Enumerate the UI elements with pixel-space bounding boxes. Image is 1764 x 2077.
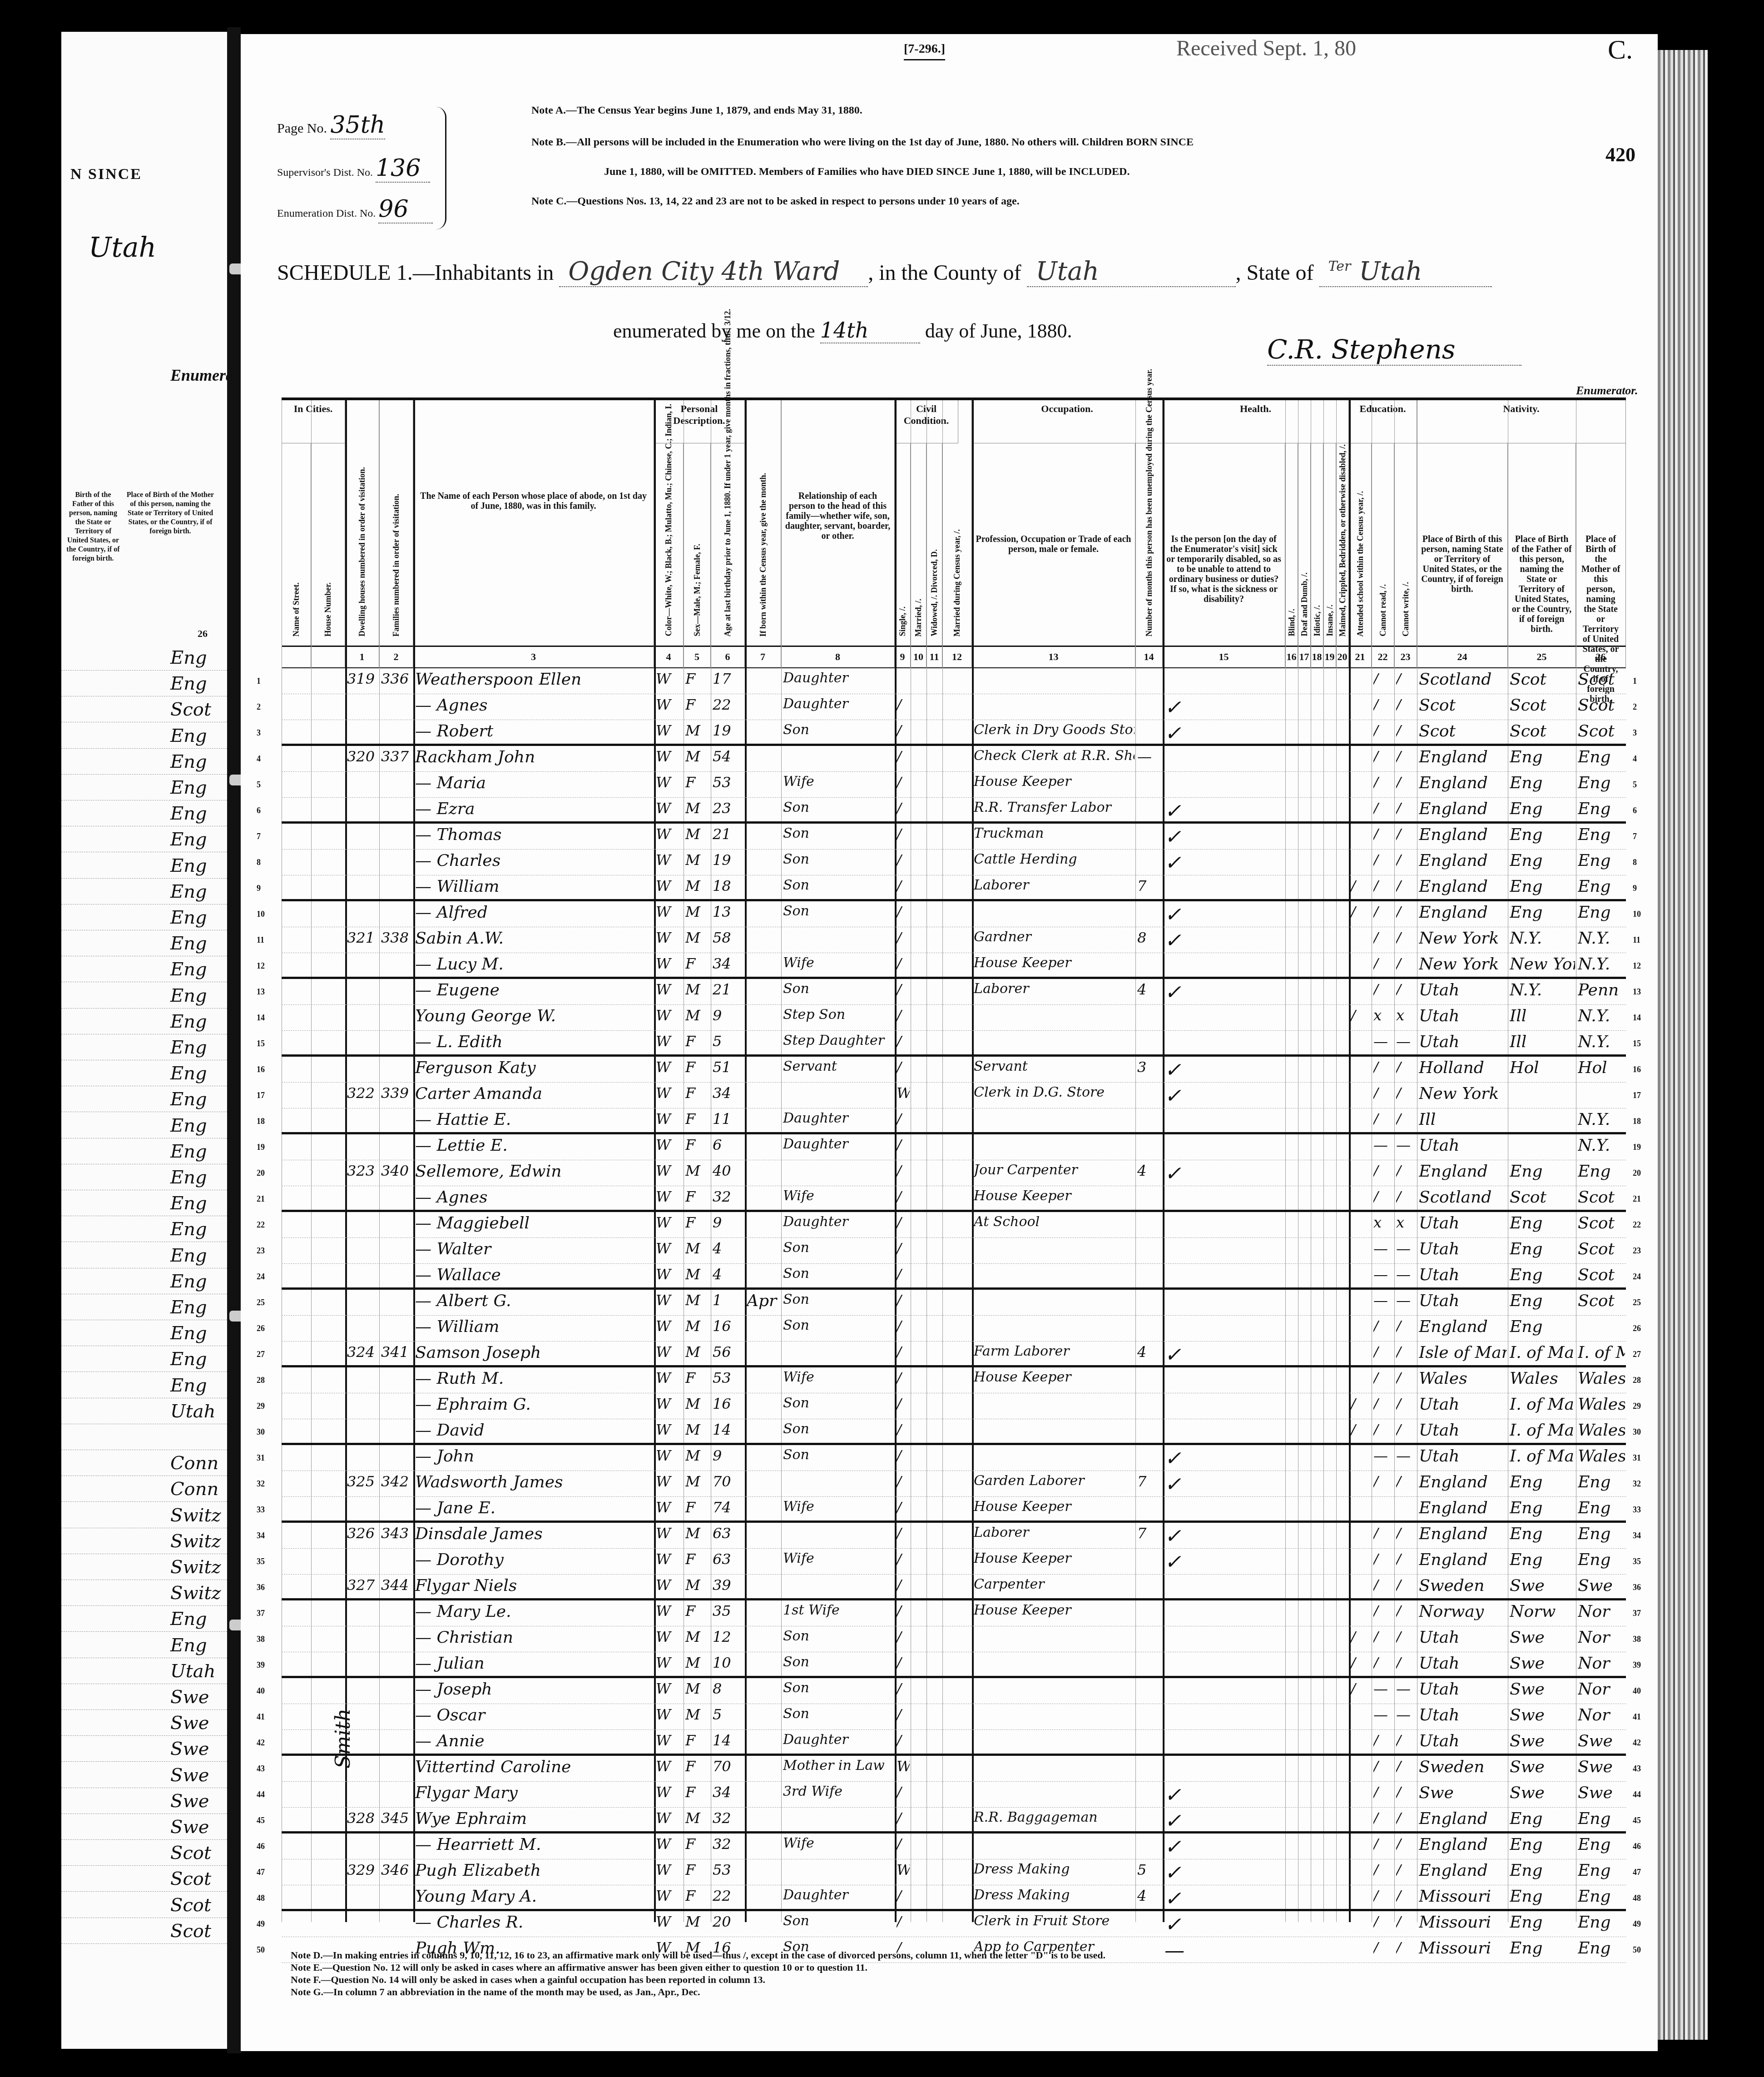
cell-color: W xyxy=(656,696,683,713)
table-row: 1717322339Carter AmandaWF34WClerk in D.G… xyxy=(282,1083,1626,1108)
cell-civil: / xyxy=(897,696,910,713)
table-row: 3333— Jane E.WF74Wife/House KeeperEnglan… xyxy=(282,1497,1626,1523)
cell-sex: M xyxy=(685,1473,710,1490)
table-row: 2525— Albert G.WM1AprSon/——UtahEngScot xyxy=(282,1290,1626,1316)
cell-family: 338 xyxy=(381,929,412,946)
line-number: 40 xyxy=(257,1686,265,1696)
facing-page-row: Switz xyxy=(61,1526,241,1554)
cell-relation: Wife xyxy=(783,774,894,790)
cell-civil: / xyxy=(897,1214,910,1231)
column-number: 23 xyxy=(1394,646,1417,668)
cell-occupation: Check Clerk at R.R. Shop xyxy=(974,748,1135,764)
column-header-21: Insane, /. xyxy=(1323,443,1336,646)
facing-page-mother-birthplace: Eng xyxy=(170,933,207,954)
cell-father: Eng xyxy=(1510,1266,1575,1284)
cell-write: / xyxy=(1396,1784,1416,1801)
cell-write: x xyxy=(1396,1007,1416,1024)
cell-father: Swe xyxy=(1510,1706,1575,1724)
cell-civil: / xyxy=(897,1913,910,1930)
column-header-label: Number of months this person has been un… xyxy=(1144,369,1154,636)
cell-dwelling: 322 xyxy=(347,1084,378,1102)
cell-father: Eng xyxy=(1510,825,1575,844)
facing-page-mother-birthplace: Eng xyxy=(170,1297,207,1318)
cell-age: 16 xyxy=(713,1395,744,1412)
cell-age: 22 xyxy=(713,1887,744,1904)
enumerator-signature: C.R. Stephens xyxy=(1267,334,1521,366)
facing-page-row: Switz xyxy=(61,1578,241,1606)
cell-color: W xyxy=(656,1058,683,1076)
cell-mother: Scot xyxy=(1578,670,1625,689)
cell-age: 54 xyxy=(713,748,744,765)
cell-name: — Maria xyxy=(415,774,653,792)
table-row: 2020323340Sellemore, EdwinWM40/Jour Carp… xyxy=(282,1160,1626,1186)
line-number: 45 xyxy=(257,1816,265,1825)
cell-unemployed: 4 xyxy=(1137,1162,1162,1179)
cell-write: / xyxy=(1396,1395,1416,1412)
facing-page-mother-birthplace: Eng xyxy=(170,907,207,928)
cell-read: / xyxy=(1373,1058,1393,1076)
table-row: 3838— ChristianWM12Son////UtahSweNor xyxy=(282,1626,1626,1652)
cell-birth: Utah xyxy=(1419,1732,1507,1750)
cell-read: / xyxy=(1373,1758,1393,1775)
cell-relation: 3rd Wife xyxy=(783,1784,894,1799)
cell-sex: F xyxy=(685,1758,710,1775)
note-a: Note A.—The Census Year begins June 1, 1… xyxy=(531,104,862,117)
cell-sex: M xyxy=(685,748,710,765)
line-number: 22 xyxy=(257,1220,265,1230)
cell-occupation: House Keeper xyxy=(974,1188,1135,1204)
cell-write: — xyxy=(1396,1706,1416,1723)
column-header-16: Number of months this person has been un… xyxy=(1135,443,1163,646)
state-value: Ter Utah xyxy=(1319,257,1492,287)
cell-read: / xyxy=(1373,825,1393,843)
cell-color: W xyxy=(656,1473,683,1490)
note-e: Note E.—Question No. 12 will only be ask… xyxy=(291,1961,1105,1973)
cell-occupation: R.R. Baggageman xyxy=(974,1809,1135,1825)
facing-page-mother-birthplace: Scot xyxy=(170,1868,211,1889)
cell-color: W xyxy=(656,1110,683,1128)
table-row: 1919— Lettie E.WF6Daughter/——UtahN.Y. xyxy=(282,1134,1626,1160)
cell-sex: M xyxy=(685,1680,710,1697)
column-header-label: Sex—Male, M.; Female, F. xyxy=(692,544,702,636)
column-header-label: Age at last birthday prior to June 1, 18… xyxy=(723,309,733,636)
cell-birth: England xyxy=(1419,851,1507,870)
cell-school: / xyxy=(1351,1628,1371,1645)
line-number: 41 xyxy=(1633,1712,1641,1722)
cell-write: / xyxy=(1396,851,1416,869)
cell-father: Swe xyxy=(1510,1784,1575,1802)
column-header-label: Married, /. xyxy=(914,599,923,636)
cell-occupation: Jour Carpenter xyxy=(974,1162,1135,1178)
cell-mother: Eng xyxy=(1578,1499,1625,1517)
facing-page-mother-birthplace: Swe xyxy=(170,1739,209,1759)
cell-father: Eng xyxy=(1510,1835,1575,1854)
cell-birth: Utah xyxy=(1419,1033,1507,1051)
table-row: 3030— DavidWM14Son////UtahI. of ManWales xyxy=(282,1419,1626,1445)
facing-page-mother-birthplace: Eng xyxy=(170,673,207,694)
column-number: 5 xyxy=(684,646,711,668)
facing-page-row: Eng xyxy=(61,903,241,930)
cell-color: W xyxy=(656,1499,683,1516)
facing-page-col26-number: 26 xyxy=(198,628,208,640)
line-number: 13 xyxy=(1633,987,1641,997)
column-header-9: If born within the Census year, give the… xyxy=(745,400,781,646)
cell-birth: Utah xyxy=(1419,1136,1507,1155)
cell-birth: Sweden xyxy=(1419,1758,1507,1776)
facing-page-row: Eng xyxy=(61,1318,241,1346)
line-number: 39 xyxy=(1633,1660,1641,1670)
table-row: 4444Flygar MaryWF343rd Wife/✓//SweSweSwe xyxy=(282,1782,1626,1808)
column-header-label: Single, /. xyxy=(898,606,907,636)
cell-relation: Son xyxy=(783,1913,894,1929)
cell-read: / xyxy=(1373,1525,1393,1542)
cell-mother: Eng xyxy=(1578,877,1625,896)
cell-civil: / xyxy=(897,1809,910,1827)
cell-name: Wye Ephraim xyxy=(415,1809,653,1828)
cell-mother: Wales xyxy=(1578,1395,1625,1414)
line-number: 25 xyxy=(257,1298,265,1307)
county-label: , in the County of xyxy=(868,261,1021,285)
cell-mother: Swe xyxy=(1578,1732,1625,1750)
cell-write: — xyxy=(1396,1033,1416,1050)
column-header-7: Sex—Male, M.; Female, F. xyxy=(684,443,711,646)
line-number: 36 xyxy=(257,1583,265,1592)
cell-civil: / xyxy=(897,1136,910,1153)
cell-occupation: Laborer xyxy=(974,877,1135,893)
cell-read: — xyxy=(1373,1240,1393,1257)
cell-sick: ✓ xyxy=(1164,1861,1284,1884)
facing-page-header-fragment: N SINCE xyxy=(70,166,142,183)
cell-birth: Utah xyxy=(1419,1447,1507,1466)
cell-name: — Robert xyxy=(415,722,653,740)
cell-civil: / xyxy=(897,1369,910,1386)
table-row: 2828— Ruth M.WF53Wife/House Keeper//Wale… xyxy=(282,1367,1626,1393)
cell-color: W xyxy=(656,1576,683,1594)
page-number-field: Page No. 35th xyxy=(277,111,385,139)
cell-occupation: Clerk in Fruit Store xyxy=(974,1913,1135,1929)
column-number: 6 xyxy=(711,646,745,668)
cell-civil: / xyxy=(897,851,910,869)
cell-birth: England xyxy=(1419,825,1507,844)
line-number: 21 xyxy=(1633,1194,1641,1204)
cell-sex: F xyxy=(685,1369,710,1386)
column-header-2: House Number. xyxy=(311,443,345,646)
cell-mother: Eng xyxy=(1578,1550,1625,1569)
cell-age: 21 xyxy=(713,825,744,843)
cell-father: Eng xyxy=(1510,851,1575,870)
cell-father: Norw xyxy=(1510,1602,1575,1621)
cell-color: W xyxy=(656,1395,683,1412)
line-number: 19 xyxy=(1633,1143,1641,1152)
cell-relation: Servant xyxy=(783,1058,894,1074)
cell-age: 32 xyxy=(713,1188,744,1205)
cell-write: / xyxy=(1396,929,1416,946)
cell-school: / xyxy=(1351,1654,1371,1671)
cell-civil: / xyxy=(897,774,910,791)
note-b-line2: June 1, 1880, will be OMITTED. Members o… xyxy=(604,166,1130,178)
cell-read: / xyxy=(1373,877,1393,894)
column-header-6: Color—White, W.; Black, B.; Mulatto, Mu.… xyxy=(654,443,684,646)
cell-birth: Utah xyxy=(1419,1007,1507,1025)
cell-mother: Eng xyxy=(1578,1525,1625,1543)
cell-name: — Walter xyxy=(415,1240,653,1258)
column-number: 8 xyxy=(781,646,895,668)
cell-occupation: Dress Making xyxy=(974,1861,1135,1877)
table-row: 4242— AnnieWF14Daughter///UtahSweSwe xyxy=(282,1730,1626,1756)
facing-page-mother-birthplace: Eng xyxy=(170,959,207,980)
cell-birth: Isle of Man xyxy=(1419,1343,1507,1362)
cell-write: — xyxy=(1396,1447,1416,1464)
cell-age: 53 xyxy=(713,1861,744,1878)
cell-color: W xyxy=(656,1240,683,1257)
state-name: Utah xyxy=(1359,257,1422,286)
column-number: 26 xyxy=(1576,646,1626,668)
column-header-label: Blind, /. xyxy=(1287,609,1296,636)
cell-age: 5 xyxy=(713,1706,744,1723)
cell-name: — Mary Le. xyxy=(415,1602,653,1621)
cell-father: I. of Man xyxy=(1510,1343,1575,1362)
cell-read: / xyxy=(1373,748,1393,765)
cell-write: / xyxy=(1396,1473,1416,1490)
cell-mother: Eng xyxy=(1578,1939,1625,1958)
cell-mother: Wales xyxy=(1578,1421,1625,1440)
cell-read: / xyxy=(1373,1369,1393,1386)
cell-mother: Eng xyxy=(1578,1835,1625,1854)
cell-relation: Daughter xyxy=(783,1110,894,1126)
table-row: 4343Vittertind CarolineWF70Mother in Law… xyxy=(282,1756,1626,1782)
cell-sex: M xyxy=(685,1628,710,1645)
facing-page-row: Eng xyxy=(61,1033,241,1060)
cell-father: Swe xyxy=(1510,1680,1575,1699)
table-row: 3737— Mary Le.WF351st Wife/House Keeper/… xyxy=(282,1600,1626,1626)
cell-birth: England xyxy=(1419,1499,1507,1517)
cell-dwelling: 320 xyxy=(347,748,378,765)
cell-sick: ✓ xyxy=(1164,1162,1284,1185)
line-number: 35 xyxy=(1633,1557,1641,1566)
cell-color: W xyxy=(656,1732,683,1749)
line-number: 16 xyxy=(257,1065,265,1074)
cell-father: Eng xyxy=(1510,1317,1575,1336)
cell-write: — xyxy=(1396,1266,1416,1283)
line-number: 10 xyxy=(1633,909,1641,919)
line-number: 38 xyxy=(257,1635,265,1644)
enumeration-district-label: Enumeration Dist. No. xyxy=(277,208,376,219)
line-number: 4 xyxy=(1633,754,1637,764)
cell-school: / xyxy=(1351,903,1371,920)
line-number: 30 xyxy=(257,1427,265,1437)
cell-civil: / xyxy=(897,1499,910,1516)
facing-page-mother-birthplace: Switz xyxy=(170,1505,221,1526)
cell-mother: Swe xyxy=(1578,1758,1625,1776)
cell-civil: W xyxy=(897,1084,910,1102)
cell-mother: Eng xyxy=(1578,774,1625,792)
cell-sex: M xyxy=(685,981,710,998)
cell-name: — Wallace xyxy=(415,1266,653,1284)
line-number: 27 xyxy=(1633,1350,1641,1359)
cell-birth: England xyxy=(1419,877,1507,896)
facing-page-mother-birthplace: Eng xyxy=(170,881,207,902)
cell-sick: ✓ xyxy=(1164,1473,1284,1496)
cell-mother: N.Y. xyxy=(1578,1136,1625,1155)
cell-sex: M xyxy=(685,1447,710,1464)
column-header-label: Idiotic, /. xyxy=(1312,605,1322,636)
line-number: 44 xyxy=(1633,1790,1641,1799)
cell-civil: / xyxy=(897,1033,910,1050)
facing-page-mother-birthplace: Eng xyxy=(170,1375,207,1396)
column-header-19: Deaf and Dumb, /. xyxy=(1298,443,1311,646)
cell-birth: England xyxy=(1419,903,1507,922)
enumeration-date-line: enumerated by me on the 14th day of June… xyxy=(613,318,1072,343)
column-number: 16 xyxy=(1285,646,1298,668)
cell-birth: Missouri xyxy=(1419,1913,1507,1932)
column-header-label: Profession, Occupation or Trade of each … xyxy=(976,534,1131,554)
cell-read: / xyxy=(1373,1628,1393,1645)
line-number: 32 xyxy=(1633,1479,1641,1489)
line-number: 6 xyxy=(1633,806,1637,815)
table-row: 2929— Ephraim G.WM16Son////UtahI. of Man… xyxy=(282,1393,1626,1419)
line-number: 33 xyxy=(1633,1505,1641,1515)
table-row: 44320337Rackham JohnWM54/Check Clerk at … xyxy=(282,746,1626,772)
cell-civil: / xyxy=(897,929,910,946)
cell-father: I. of Man xyxy=(1510,1421,1575,1440)
cell-mother: Eng xyxy=(1578,851,1625,870)
cell-age: 11 xyxy=(713,1110,744,1128)
cell-father: Eng xyxy=(1510,1240,1575,1258)
cell-write: / xyxy=(1396,877,1416,894)
cell-father: Eng xyxy=(1510,1887,1575,1906)
cell-mother: Eng xyxy=(1578,800,1625,818)
cell-birth: Sweden xyxy=(1419,1576,1507,1595)
facing-page-row: Scot xyxy=(61,1864,241,1892)
cell-sex: M xyxy=(685,851,710,869)
table-row: 88— CharlesWM19Son/Cattle Herding✓//Engl… xyxy=(282,850,1626,875)
cell-color: W xyxy=(656,903,683,920)
cell-write: / xyxy=(1396,1421,1416,1438)
cell-color: W xyxy=(656,1162,683,1179)
column-header-label: Cannot write, /. xyxy=(1401,582,1410,636)
cell-mother: Swe xyxy=(1578,1576,1625,1595)
table-row: 3939— JulianWM10Son////UtahSweNor xyxy=(282,1652,1626,1678)
cell-color: W xyxy=(656,1007,683,1024)
cell-mother: Nor xyxy=(1578,1602,1625,1621)
cell-write: / xyxy=(1396,1732,1416,1749)
facing-page-mother-birthplace: Swe xyxy=(170,1687,209,1708)
cell-relation: Son xyxy=(783,1266,894,1282)
cell-relation: Son xyxy=(783,1706,894,1722)
table-row: 1414Young George W.WM9Step Son//xxUtahIl… xyxy=(282,1005,1626,1031)
cell-name: Young Mary A. xyxy=(415,1887,653,1906)
facing-page-row: Eng xyxy=(61,643,241,671)
note-f: Note F.—Question No. 14 will only be ask… xyxy=(291,1973,1105,1986)
cell-school: / xyxy=(1351,877,1371,894)
cell-civil: W xyxy=(897,1758,910,1775)
cell-birth: Wales xyxy=(1419,1369,1507,1388)
cell-age: 8 xyxy=(713,1680,744,1697)
facing-page-row: Eng xyxy=(61,1241,241,1268)
cell-age: 9 xyxy=(713,1447,744,1464)
cell-civil: / xyxy=(897,1421,910,1438)
cell-relation: Daughter xyxy=(783,670,894,686)
cell-write: / xyxy=(1396,1939,1416,1956)
cell-school: / xyxy=(1351,1680,1371,1697)
cell-mother: Eng xyxy=(1578,1809,1625,1828)
line-number: 43 xyxy=(1633,1764,1641,1774)
page-number-value: 35th xyxy=(330,111,385,139)
table-row: 3535— DorothyWF63Wife/House Keeper✓//Eng… xyxy=(282,1549,1626,1575)
cell-relation: Son xyxy=(783,1292,894,1307)
table-row: 3636327344Flygar NielsWM39/Carpenter//Sw… xyxy=(282,1575,1626,1600)
cell-father: Swe xyxy=(1510,1758,1575,1776)
cell-birth: Utah xyxy=(1419,1628,1507,1647)
cell-read: x xyxy=(1373,1007,1393,1024)
column-number: 21 xyxy=(1349,646,1372,668)
cell-age: 1 xyxy=(713,1292,744,1309)
cell-name: — Lucy M. xyxy=(415,955,653,974)
cell-sick: ✓ xyxy=(1164,1835,1284,1858)
cell-read: / xyxy=(1373,1732,1393,1749)
cell-age: 58 xyxy=(713,929,744,946)
cell-birth: Scotland xyxy=(1419,670,1507,689)
cell-color: W xyxy=(656,1887,683,1904)
cell-civil: / xyxy=(897,1525,910,1542)
group-in-cities: In Cities. xyxy=(282,400,345,443)
cell-relation: Daughter xyxy=(783,696,894,712)
cell-sex: F xyxy=(685,1110,710,1128)
column-number: 10 xyxy=(911,646,927,668)
facing-page-mother-birthplace: Swe xyxy=(170,1817,209,1838)
facing-page-row: Swe xyxy=(61,1760,241,1788)
line-number: 50 xyxy=(1633,1945,1641,1955)
cell-sick: ✓ xyxy=(1164,1887,1284,1910)
cell-relation: Son xyxy=(783,981,894,997)
facing-page-row: Scot xyxy=(61,1890,241,1918)
cell-dwelling: 319 xyxy=(347,670,378,687)
cell-read: / xyxy=(1373,1861,1393,1878)
cell-father: Swe xyxy=(1510,1576,1575,1595)
cell-civil: / xyxy=(897,1343,910,1361)
facing-page-mother-birthplace: Eng xyxy=(170,1219,207,1240)
cell-dwelling: 325 xyxy=(347,1473,378,1490)
line-number: 18 xyxy=(257,1117,265,1126)
page-number-label: Page No. xyxy=(277,121,327,136)
cell-father: Eng xyxy=(1510,1550,1575,1569)
cell-father: Eng xyxy=(1510,1499,1575,1517)
cell-age: 56 xyxy=(713,1343,744,1361)
cell-sick: ✓ xyxy=(1164,800,1284,823)
facing-page: N SINCE Utah Enumerator. Birth of the Fa… xyxy=(61,32,241,2049)
facing-page-mother-birthplace: Eng xyxy=(170,1349,207,1370)
cell-occupation: House Keeper xyxy=(974,955,1135,971)
cell-unemployed: 3 xyxy=(1137,1058,1162,1076)
line-number: 3 xyxy=(1633,728,1637,738)
cell-write: / xyxy=(1396,1654,1416,1671)
cell-dwelling: 324 xyxy=(347,1343,378,1361)
cell-relation: Son xyxy=(783,851,894,867)
cell-unemployed: 4 xyxy=(1137,1887,1162,1904)
cell-age: 20 xyxy=(713,1913,744,1930)
cell-mother: Eng xyxy=(1578,825,1625,844)
cell-family: 345 xyxy=(381,1809,412,1827)
note-c: Note C.—Questions Nos. 13, 14, 22 and 23… xyxy=(531,195,1020,208)
facing-page-row: Eng xyxy=(61,1084,241,1112)
facing-page-row: Eng xyxy=(61,954,241,982)
cell-sex: F xyxy=(685,1602,710,1620)
cell-birth: England xyxy=(1419,1861,1507,1880)
line-number: 40 xyxy=(1633,1686,1641,1696)
column-number: 22 xyxy=(1372,646,1394,668)
cell-name: — Albert G. xyxy=(415,1292,653,1310)
cell-father: Scot xyxy=(1510,670,1575,689)
